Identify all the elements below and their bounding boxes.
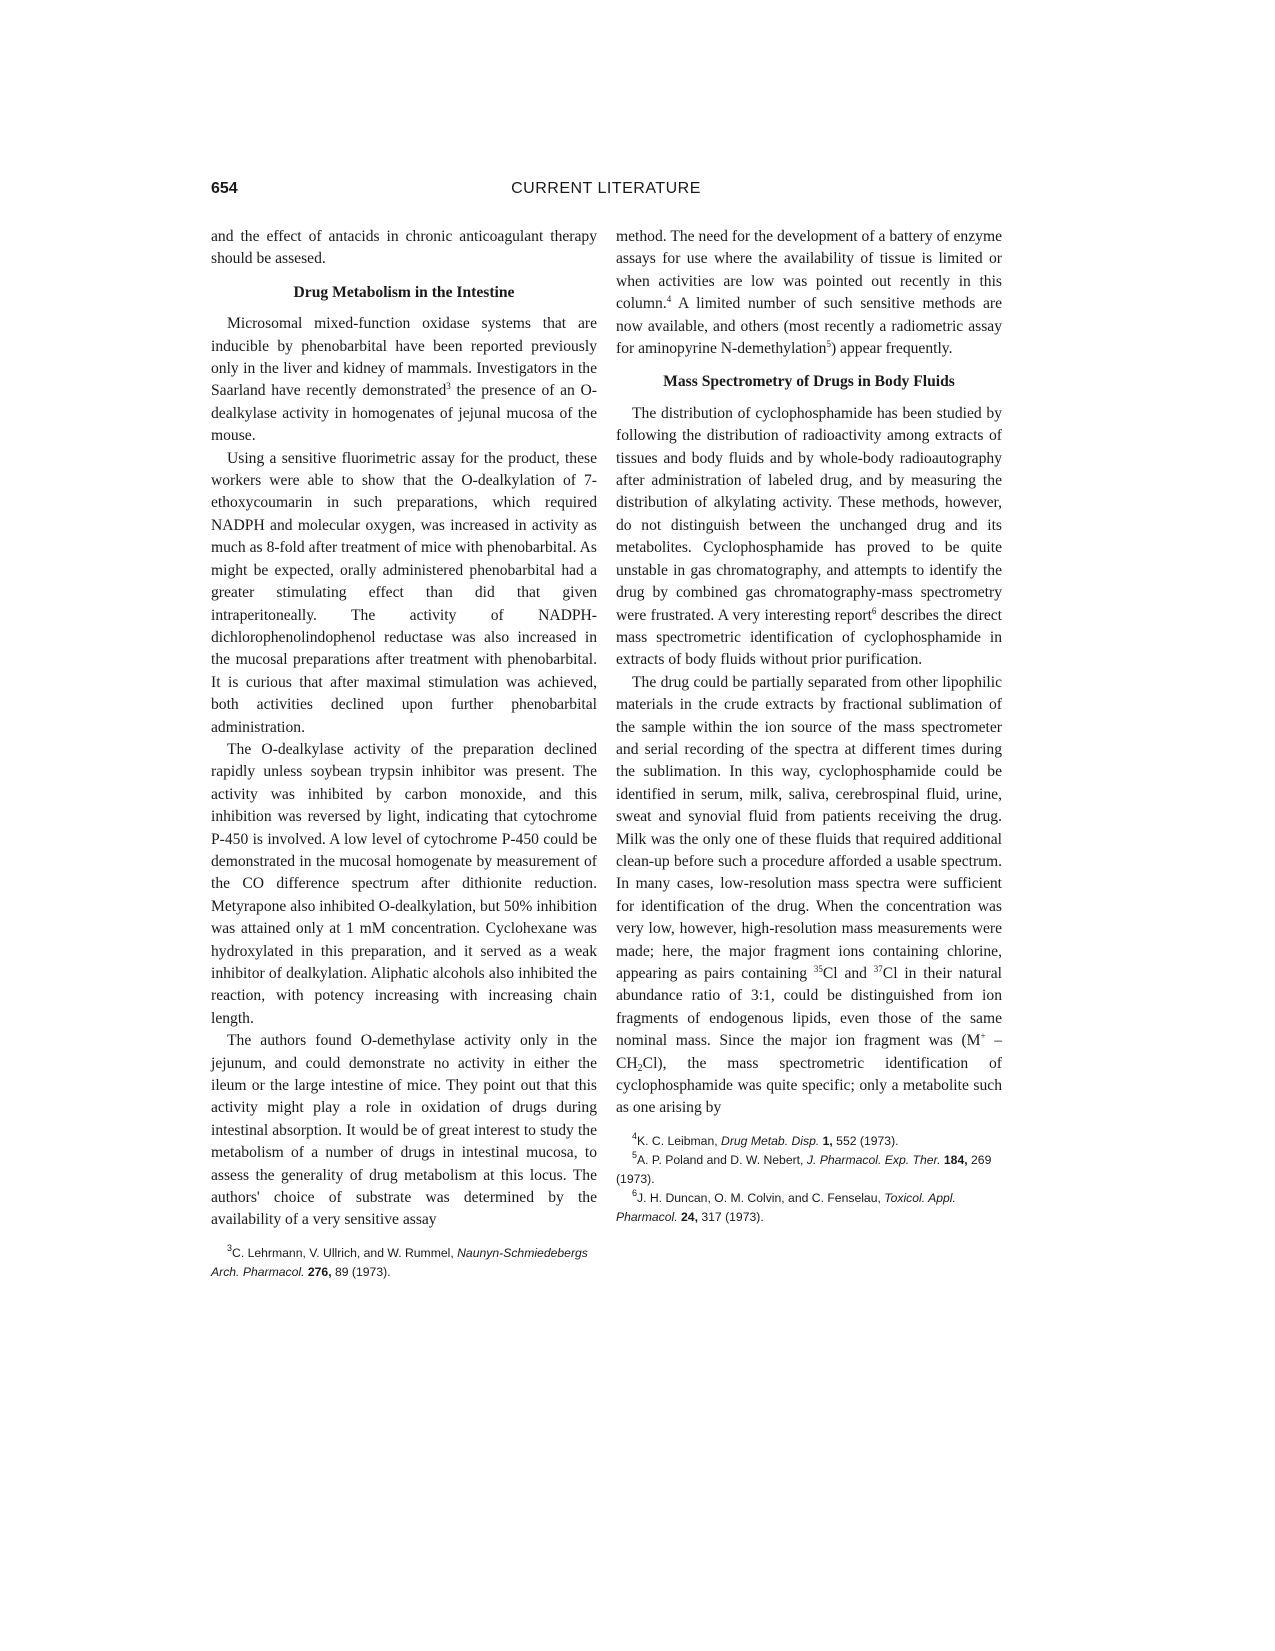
- section-heading-drug-metabolism: Drug Metabolism in the Intestine: [211, 282, 597, 304]
- paragraph: The distribution of cyclophosphamide has…: [616, 403, 1002, 672]
- section-heading-mass-spectrometry: Mass Spectrometry of Drugs in Body Fluid…: [616, 371, 1002, 393]
- intro-paragraph: and the effect of antacids in chronic an…: [211, 226, 597, 271]
- footnotes: 3C. Lehrmann, V. Ullrich, and W. Rummel,…: [211, 1244, 597, 1282]
- paragraph: The drug could be partially separated fr…: [616, 672, 1002, 1120]
- right-column: method. The need for the development of …: [616, 226, 1002, 1227]
- paragraph: Microsomal mixed-function oxidase system…: [211, 313, 597, 447]
- section-title: CURRENT LITERATURE: [211, 180, 1001, 198]
- paragraph: The authors found O-demethylase activity…: [211, 1030, 597, 1232]
- footnote-6: 6J. H. Duncan, O. M. Colvin, and C. Fens…: [616, 1189, 1002, 1227]
- footnote-4: 4K. C. Leibman, Drug Metab. Disp. 1, 552…: [616, 1132, 1002, 1151]
- footnote-3: 3C. Lehrmann, V. Ullrich, and W. Rummel,…: [211, 1244, 597, 1282]
- journal-page: 654 CURRENT LITERATURE and the effect of…: [0, 0, 1275, 1651]
- paragraph: method. The need for the development of …: [616, 226, 1002, 360]
- footnotes: 4K. C. Leibman, Drug Metab. Disp. 1, 552…: [616, 1132, 1002, 1227]
- paragraph: The O-dealkylase activity of the prepara…: [211, 739, 597, 1030]
- left-column: and the effect of antacids in chronic an…: [211, 226, 597, 1282]
- paragraph: Using a sensitive fluorimetric assay for…: [211, 448, 597, 739]
- running-head: 654 CURRENT LITERATURE: [211, 176, 1001, 204]
- footnote-5: 5A. P. Poland and D. W. Nebert, J. Pharm…: [616, 1151, 1002, 1189]
